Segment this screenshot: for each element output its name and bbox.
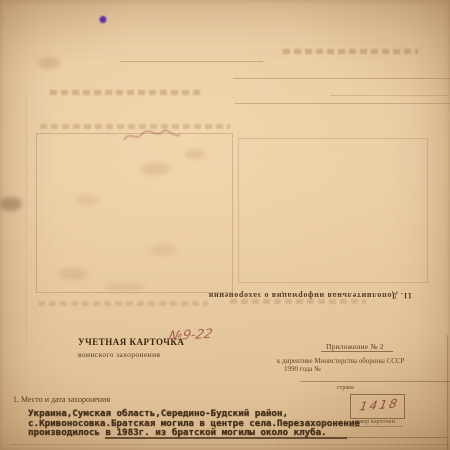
- handwritten-card-number: №9-22: [167, 327, 213, 344]
- bleed-through-line: [233, 78, 450, 79]
- faint-smudge: [75, 195, 99, 205]
- appendix-year-line: 1990 года №: [284, 365, 321, 373]
- bleed-through-line: [330, 95, 448, 96]
- paper-crease: [26, 95, 29, 347]
- faint-smudge: [38, 57, 60, 69]
- edge-smudge: [0, 197, 22, 211]
- bleed-through-text: [283, 49, 418, 54]
- section1-underline-extension: [347, 437, 447, 438]
- ink-stain: [99, 15, 107, 24]
- paper-background: 11. Дополнительная информация о захороне…: [0, 0, 450, 450]
- card-number-box: 1418: [350, 394, 405, 419]
- bleed-through-line: [235, 103, 450, 104]
- card-number-value: 1418: [358, 396, 400, 413]
- scanned-burial-card: 11. Дополнительная информация о захороне…: [0, 0, 450, 450]
- appendix-underline: [321, 351, 393, 352]
- appendix-title: Приложение № 2: [326, 342, 384, 351]
- bleed-through-text: [50, 90, 200, 95]
- photo-frame-right: [238, 138, 428, 283]
- section1-label: 1. Место и дата захоронения: [13, 395, 110, 404]
- faint-smudge: [150, 245, 176, 255]
- faint-smudge: [58, 268, 88, 280]
- country-rule: [300, 381, 450, 382]
- bleed-through-line: [120, 61, 263, 62]
- card-subtitle: воинского захоронения: [78, 350, 160, 359]
- bleed-through-text: [38, 301, 208, 306]
- next-section-rule: [12, 444, 448, 445]
- section1-underline: [105, 437, 347, 439]
- faint-smudge: [105, 283, 145, 291]
- bleed-through-text: [230, 299, 366, 304]
- faint-smudge: [140, 163, 170, 175]
- country-label: страна: [337, 385, 354, 391]
- appendix-directive: к директиве Министерства обороны СССР: [277, 357, 404, 365]
- faint-smudge: [185, 149, 205, 159]
- right-edge-line: [447, 335, 448, 450]
